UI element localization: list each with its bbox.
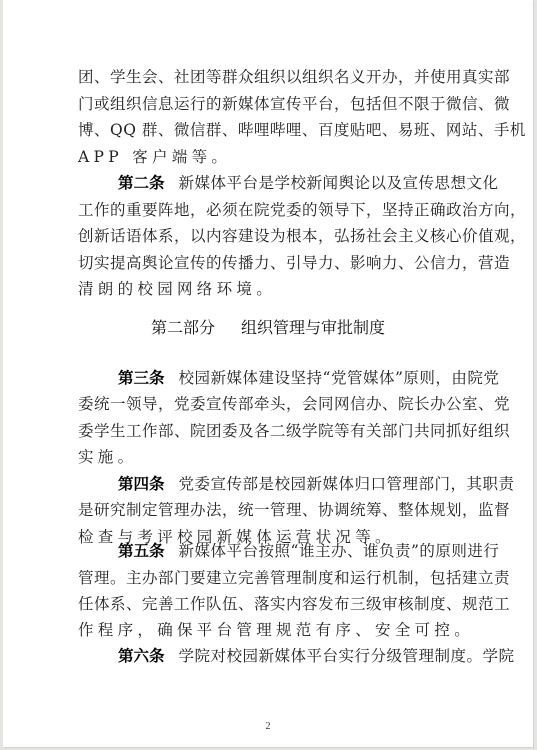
paragraph-line: 管理。主办部门要建立完善管理制度和运行机制，包括建立责 [78, 567, 460, 589]
article-4-first-line: 第四条党委宣传部是校园新媒体归口管理部门，其职责 [118, 473, 460, 495]
paragraph-line: 作程序，确保平台管理规范有序、安全可控。 [78, 619, 460, 641]
paragraph-line: 委学生工作部、院团委及各二级学院等有关部门共同抓好组织 [78, 420, 460, 442]
paragraph-line: 博、QQ 群、微信群、哔哩哔哩、百度贴吧、易班、网站、手机 [78, 119, 460, 141]
article-5-first-line: 第五条新媒体平台按照“谁主办、谁负责”的原则进行 [118, 540, 460, 562]
article-6-first-line: 第六条学院对校园新媒体平台实行分级管理制度。学院 [118, 645, 460, 667]
article-3-first-line: 第三条校园新媒体建设坚持“党管媒体”原则，由院党 [118, 367, 460, 389]
paragraph-line: 实施。 [78, 446, 460, 468]
paragraph-line: 清朗的校园网络环境。 [78, 278, 460, 300]
paragraph-line: 创新话语体系，以内容建设为根本，弘扬社会主义核心价值观， [78, 225, 460, 247]
article-label: 第三条 [118, 369, 165, 387]
article-text: 新媒体平台是学校新闻舆论以及宣传思想文化 [179, 174, 499, 192]
article-2-first-line: 第二条新媒体平台是学校新闻舆论以及宣传思想文化 [118, 172, 460, 194]
article-label: 第六条 [118, 647, 165, 665]
document-page: 团、学生会、社团等群众组织以组织名义开办，并使用真实部 门或组织信息运行的新媒体… [3, 0, 533, 747]
section-title: 组织管理与审批制度 [241, 318, 385, 337]
paragraph-line: 委统一领导，党委宣传部牵头，会同网信办、院长办公室、党 [78, 393, 460, 415]
article-label: 第四条 [118, 475, 165, 493]
article-text: 校园新媒体建设坚持“党管媒体”原则，由院党 [179, 369, 500, 387]
paragraph-line: 工作的重要阵地，必须在院党委的领导下，坚持正确政治方向， [78, 199, 460, 221]
paragraph-line: 门或组织信息运行的新媒体宣传平台，包括但不限于微信、微 [78, 93, 460, 115]
paragraph-line: 切实提高舆论宣传的传播力、引导力、影响力、公信力，营造 [78, 252, 460, 274]
article-text: 学院对校园新媒体平台实行分级管理制度。学院 [179, 647, 515, 665]
paragraph-line: APP 客户端等。 [78, 146, 460, 168]
article-label: 第五条 [118, 542, 165, 560]
article-label: 第二条 [118, 174, 165, 192]
article-text: 新媒体平台按照“谁主办、谁负责”的原则进行 [179, 542, 500, 560]
paragraph-line: 团、学生会、社团等群众组织以组织名义开办，并使用真实部 [78, 66, 460, 88]
article-text: 党委宣传部是校园新媒体归口管理部门，其职责 [179, 475, 515, 493]
section-heading: 第二部分组织管理与审批制度 [3, 317, 533, 339]
paragraph-line: 是研究制定管理办法，统一管理、协调统筹、整体规划，监督 [78, 499, 460, 521]
section-part: 第二部分 [151, 318, 215, 337]
paragraph-line: 任体系、完善工作队伍、落实内容发布三级审核制度、规范工 [78, 593, 460, 615]
page-number: 2 [3, 721, 533, 732]
